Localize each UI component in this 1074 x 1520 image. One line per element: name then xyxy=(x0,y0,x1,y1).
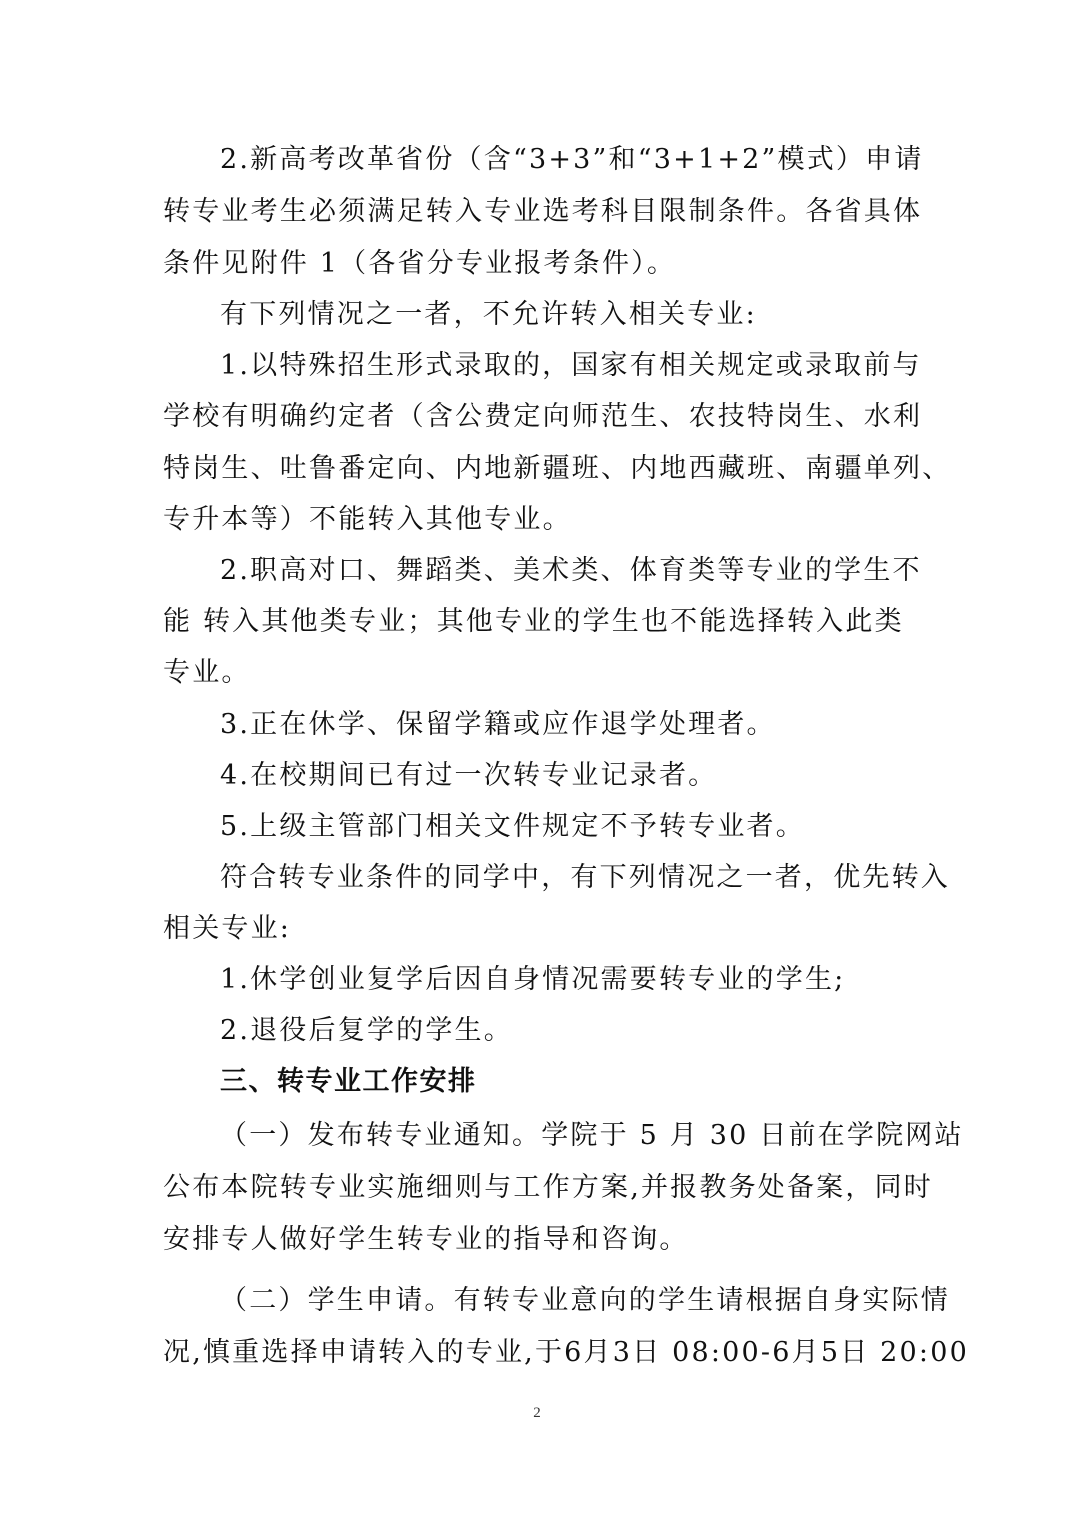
paragraph-line: 专业。 xyxy=(163,655,913,691)
paragraph-line: 专升本等）不能转入其他专业。 xyxy=(163,502,913,538)
page-number: 2 xyxy=(0,1405,1074,1422)
paragraph-line: 3.正在休学、保留学籍或应作退学处理者。 xyxy=(220,707,913,743)
paragraph-line: 5.上级主管部门相关文件规定不予转专业者。 xyxy=(220,809,913,845)
paragraph-line: （二）学生申请。有转专业意向的学生请根据自身实际情 xyxy=(220,1283,913,1319)
paragraph-line: 相关专业: xyxy=(163,911,913,947)
paragraph-line: 公布本院转专业实施细则与工作方案,并报教务处备案，同时 xyxy=(163,1170,913,1206)
paragraph-line: 1.以特殊招生形式录取的，国家有相关规定或录取前与 xyxy=(220,348,913,384)
paragraph-line: 4.在校期间已有过一次转专业记录者。 xyxy=(220,758,913,794)
section-heading: 三、转专业工作安排 xyxy=(220,1064,913,1100)
paragraph-line: 学校有明确约定者（含公费定向师范生、农技特岗生、水利 xyxy=(163,399,913,435)
paragraph-line: 能 转入其他类专业；其他专业的学生也不能选择转入此类 xyxy=(163,604,913,640)
paragraph-line: 特岗生、吐鲁番定向、内地新疆班、内地西藏班、南疆单列、 xyxy=(163,451,913,487)
paragraph-line: 2.退役后复学的学生。 xyxy=(220,1013,913,1049)
document-page: 2.新高考改革省份（含“3+3”和“3+1+2”模式）申请 转专业考生必须满足转… xyxy=(0,0,1074,1520)
paragraph-line: 况,慎重选择申请转入的专业,于6月3日 08:00-6月5日 20:00 xyxy=(163,1335,913,1371)
paragraph-line: （一）发布转专业通知。学院于 5 月 30 日前在学院网站 xyxy=(220,1118,913,1154)
paragraph-line: 符合转专业条件的同学中，有下列情况之一者，优先转入 xyxy=(220,860,913,896)
paragraph-line: 1.休学创业复学后因自身情况需要转专业的学生; xyxy=(220,962,913,998)
paragraph-line: 安排专人做好学生转专业的指导和咨询。 xyxy=(163,1222,913,1258)
paragraph-line: 有下列情况之一者，不允许转入相关专业: xyxy=(220,297,913,333)
paragraph-line: 2.职高对口、舞蹈类、美术类、体育类等专业的学生不 xyxy=(220,553,913,589)
paragraph-line: 2.新高考改革省份（含“3+3”和“3+1+2”模式）申请 xyxy=(220,142,913,178)
paragraph-line: 条件见附件 1（各省分专业报考条件）。 xyxy=(163,246,913,282)
paragraph-line: 转专业考生必须满足转入专业选考科目限制条件。各省具体 xyxy=(163,194,913,230)
